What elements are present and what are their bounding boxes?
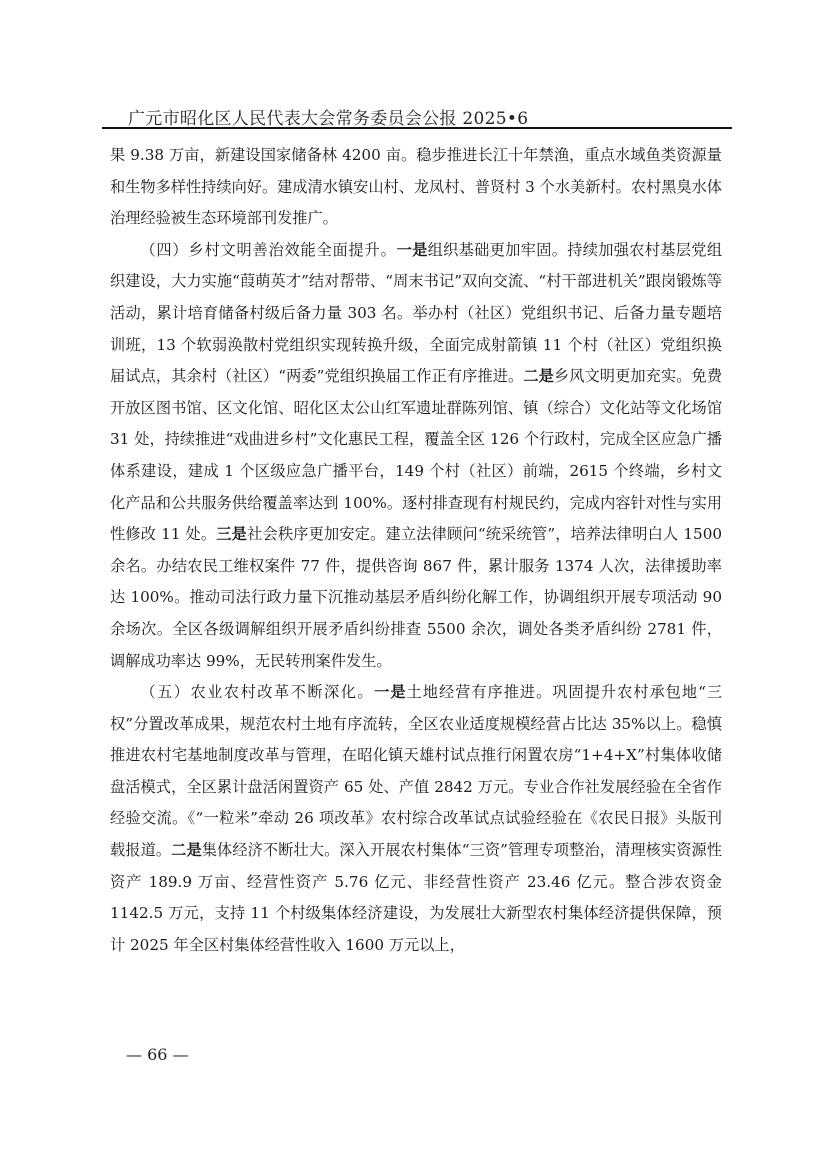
paragraph-text: 乡风文明更加充实。免费开放区图书馆、区文化馆、昭化区太公山红军遗址群陈列馆、镇（… xyxy=(110,367,722,543)
keyword-first: 一是 xyxy=(374,683,406,701)
section-heading: （五）农业农村改革不断深化。 xyxy=(140,683,374,701)
keyword-first: 一是 xyxy=(397,241,428,259)
paragraph-text: 集体经济不断壮大。深入开展农村集体“三资”管理专项整治，清理核实资源性资产 18… xyxy=(110,841,722,954)
paragraph-text: 社会秩序更加安定。建立法律顾问“统采统管”，培养法律明白人 1500 余名。办结… xyxy=(110,525,722,669)
page-number: — 66 — xyxy=(126,1045,189,1064)
keyword-second: 二是 xyxy=(171,841,202,859)
page-header-title: 广元市昭化区人民代表大会常务委员会公报 2025•6 xyxy=(128,104,528,129)
paragraph-text: 土地经营有序推进。巩固提升农村承包地“三权”分置改革成果，规范农村土地有序流转，… xyxy=(110,683,722,859)
paragraph-1: 果 9.38 万亩，新建设国家储备林 4200 亩。稳步推进长江十年禁渔，重点水… xyxy=(110,140,722,235)
paragraph-section-4: （四）乡村文明善治效能全面提升。一是组织基础更加牢固。持续加强农村基层党组织建设… xyxy=(110,235,722,677)
paragraph-section-5: （五）农业农村改革不断深化。一是土地经营有序推进。巩固提升农村承包地“三权”分置… xyxy=(110,677,722,961)
paragraph-text: 果 9.38 万亩，新建设国家储备林 4200 亩。稳步推进长江十年禁渔，重点水… xyxy=(110,146,722,227)
keyword-third: 三是 xyxy=(216,525,247,543)
header-rule xyxy=(102,127,732,129)
body-text: 果 9.38 万亩，新建设国家储备林 4200 亩。稳步推进长江十年禁渔，重点水… xyxy=(110,140,722,961)
keyword-second: 二是 xyxy=(523,367,554,385)
section-heading: （四）乡村文明善治效能全面提升。 xyxy=(140,241,396,259)
paragraph-text: 组织基础更加牢固。持续加强农村基层党组织建设，大力实施“葭萌英才”结对帮带、“周… xyxy=(110,241,722,385)
